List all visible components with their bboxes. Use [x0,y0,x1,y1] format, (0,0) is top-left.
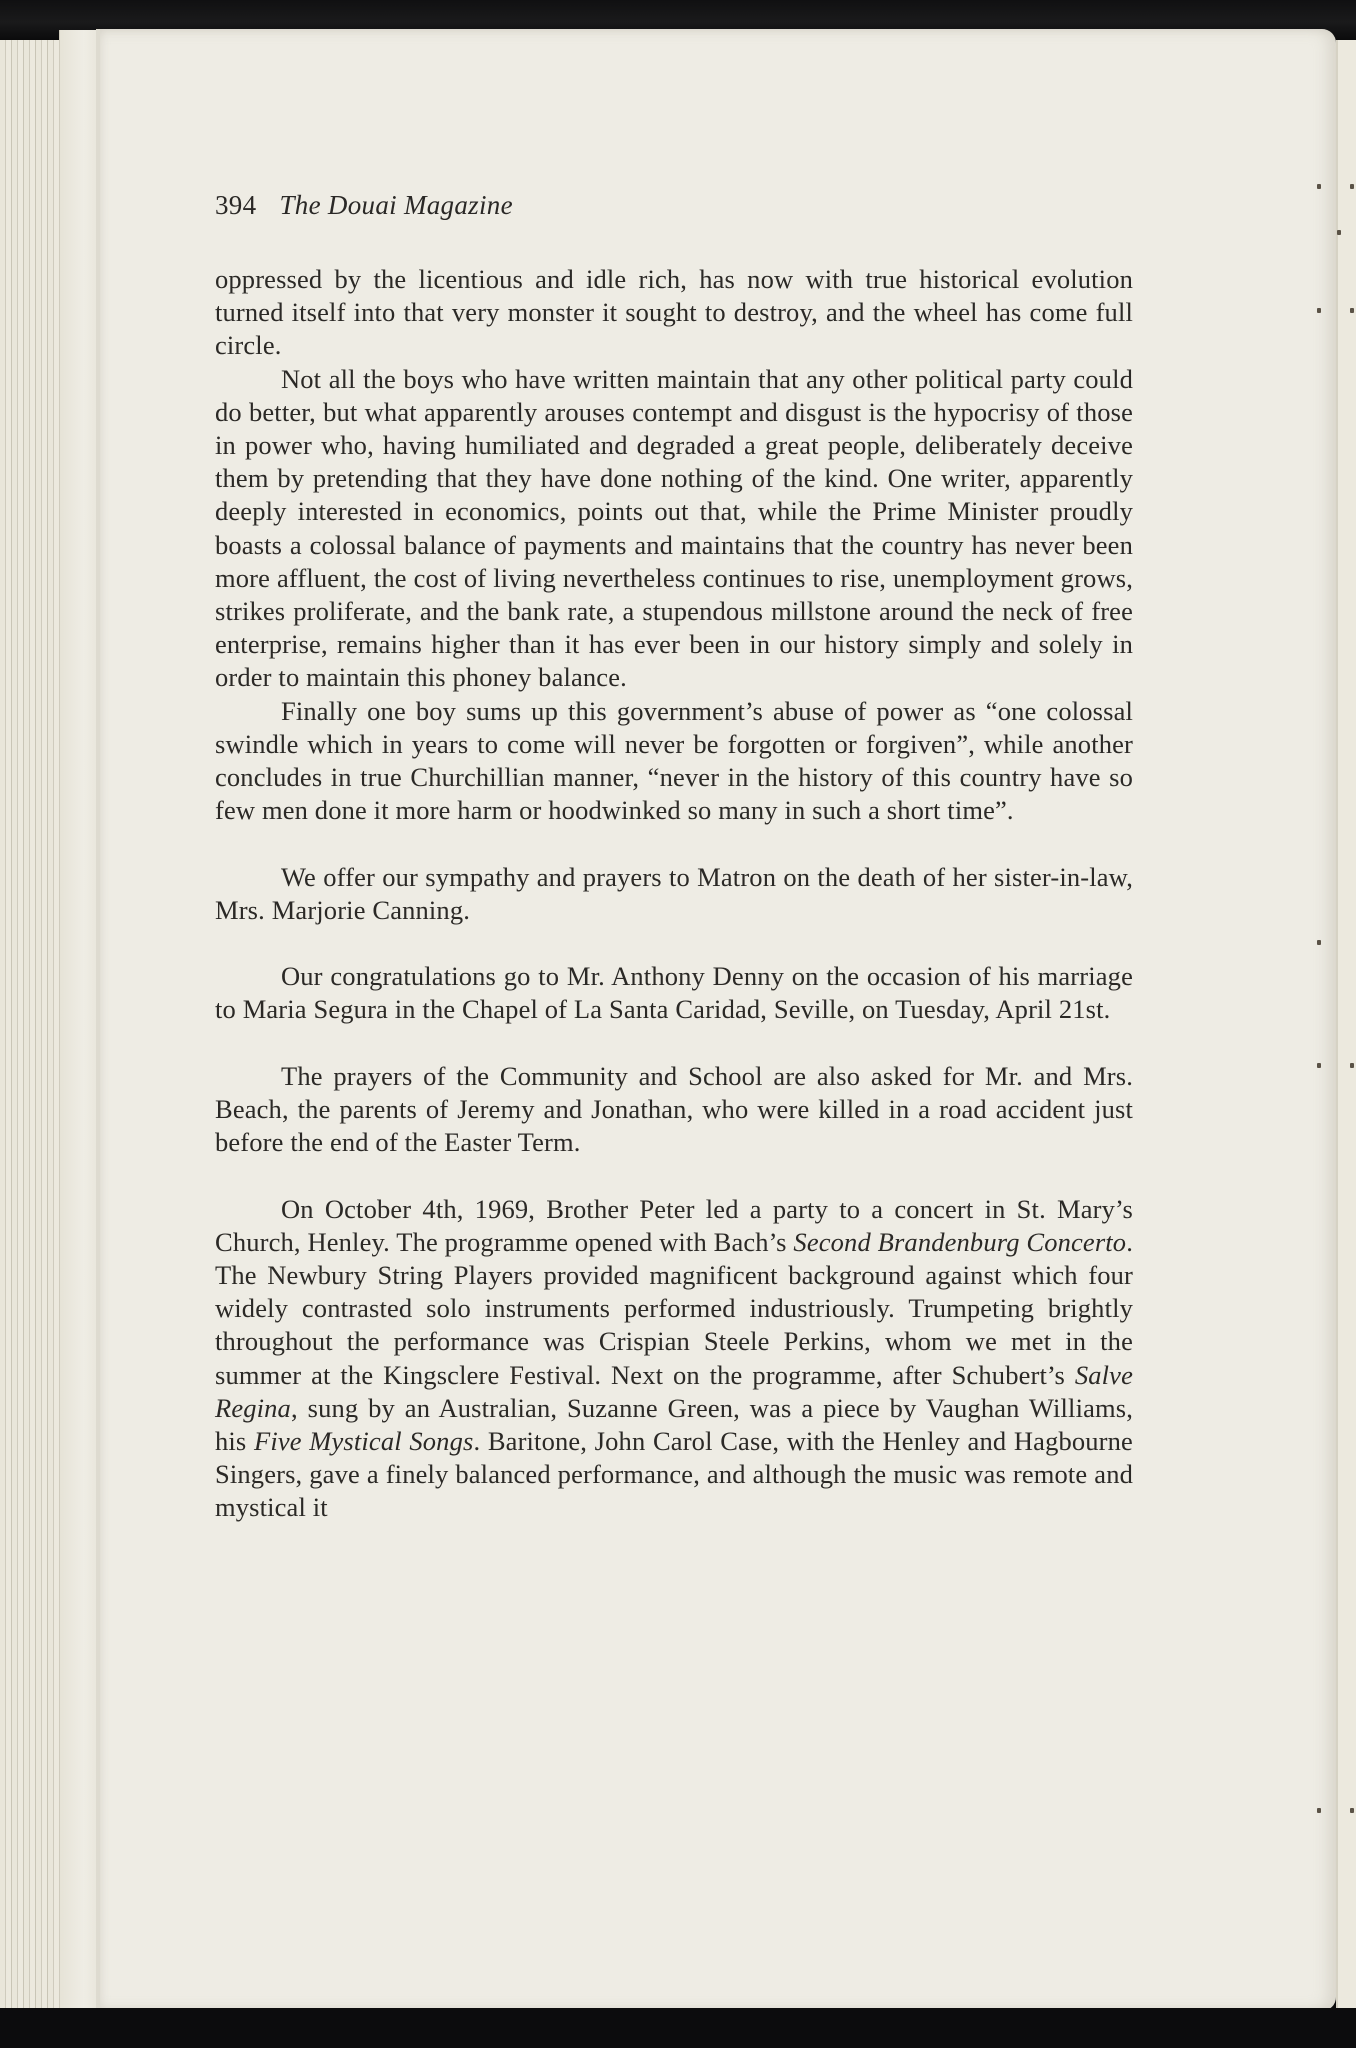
paragraph-text: We offer our sympathy and prayers to Mat… [215,862,1133,925]
paragraph: On October 4th, 1969, Brother Peter led … [215,1193,1133,1525]
paragraph: Not all the boys who have written mainta… [215,363,1133,695]
page-stack-edges [0,40,100,2010]
paragraph-text: oppressed by the licentious and idle ric… [215,264,1133,360]
paragraph: Finally one boy sums up this government’… [215,695,1133,828]
italic-title: Five Mystical Songs [254,1426,473,1456]
paragraph: oppressed by the licentious and idle ric… [215,263,1133,363]
article-body: oppressed by the licentious and idle ric… [215,263,1133,1525]
binding-mark-icon [1317,184,1321,189]
binding-mark-icon [1317,308,1321,313]
binding-mark-icon [1350,308,1354,313]
page-number: 394 [215,190,256,220]
binding-mark-icon [1317,1808,1321,1813]
italic-title: Second Brandenburg Concerto [793,1227,1126,1257]
book-photo-scene: 394 The Douai Magazine oppressed by the … [0,0,1356,2048]
binding-mark-icon [1337,230,1341,235]
paragraph-text: Finally one boy sums up this government’… [215,696,1133,826]
binding-mark-icon [1317,940,1321,945]
paragraph-text: The prayers of the Community and School … [215,1061,1133,1157]
running-head: 394 The Douai Magazine [215,190,513,221]
paragraph-text: Not all the boys who have written mainta… [215,364,1133,693]
paragraph: Our congratulations go to Mr. Anthony De… [215,960,1133,1026]
binding-mark-icon [1317,1063,1321,1068]
paragraph: We offer our sympathy and prayers to Mat… [215,861,1133,927]
paragraph: The prayers of the Community and School … [215,1060,1133,1160]
background-surface [0,2008,1356,2048]
paragraph-text: Our congratulations go to Mr. Anthony De… [215,961,1133,1024]
binding-mark-icon [1350,1808,1354,1813]
publication-title: The Douai Magazine [279,190,512,220]
binding-mark-icon [1350,184,1354,189]
binding-mark-icon [1350,1063,1354,1068]
facing-page-edge [1336,40,1356,2012]
